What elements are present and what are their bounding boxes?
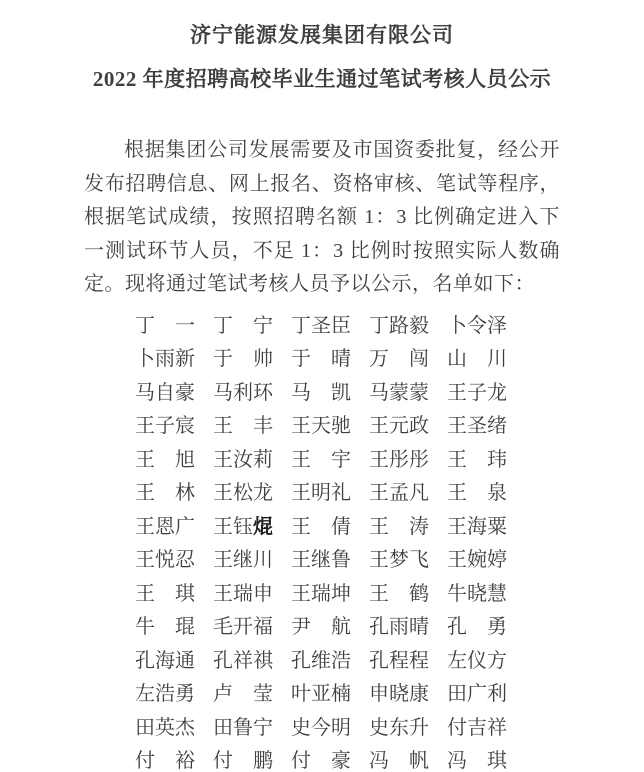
name-row: 孔海通孔祥祺孔维浩孔程程左仪方: [135, 642, 644, 676]
name-cell: 付吉祥: [447, 711, 507, 740]
name-cell: 王倩: [291, 510, 351, 539]
notice-document: 济宁能源发展集团有限公司 2022 年度招聘高校毕业生通过笔试考核人员公示 根据…: [0, 0, 644, 772]
name-cell: 马蒙蒙: [369, 376, 429, 405]
name-cell: 史东升: [369, 711, 429, 740]
name-cell: 王天驰: [291, 409, 351, 438]
name-cell: 左浩勇: [135, 677, 195, 706]
name-cell: 王汝莉: [213, 443, 273, 472]
document-title: 济宁能源发展集团有限公司: [0, 0, 644, 49]
name-cell: 史今明: [291, 711, 351, 740]
name-cell: 王明礼: [291, 476, 351, 505]
name-cell: 王林: [135, 476, 195, 505]
name-cell: 王瑞申: [213, 577, 273, 606]
name-cell: 王涛: [369, 510, 429, 539]
name-row: 卜雨新于帅于晴万闯山川: [135, 340, 644, 374]
name-cell: 王彤彤: [369, 443, 429, 472]
name-cell: 卜雨新: [135, 342, 195, 371]
name-cell: 冯帆: [369, 744, 429, 772]
name-cell: 于晴: [291, 342, 351, 371]
name-cell: 丁一: [135, 309, 195, 338]
name-cell: 王宇: [291, 443, 351, 472]
name-cell: 尹航: [291, 610, 351, 639]
name-cell: 孔祥祺: [213, 644, 273, 673]
name-cell: 王琪: [135, 577, 195, 606]
name-cell: 付裕: [135, 744, 195, 772]
name-row: 王子宸王丰王天驰王元政王圣绪: [135, 407, 644, 441]
name-cell: 丁宁: [213, 309, 273, 338]
name-cell: 王子宸: [135, 409, 195, 438]
name-cell: 王泉: [447, 476, 507, 505]
name-cell: 王海粟: [447, 510, 507, 539]
name-cell: 王瑞坤: [291, 577, 351, 606]
name-cell: 王玮: [447, 443, 507, 472]
name-row: 王琪王瑞申王瑞坤王鹤牛晓慧: [135, 575, 644, 609]
name-cell: 王恩广: [135, 510, 195, 539]
name-cell: 田鲁宁: [213, 711, 273, 740]
name-cell: 孔勇: [447, 610, 507, 639]
name-cell: 孔雨晴: [369, 610, 429, 639]
name-cell: 王子龙: [447, 376, 507, 405]
name-cell: 王松龙: [213, 476, 273, 505]
name-cell: 万闯: [369, 342, 429, 371]
name-cell: 卢莹: [213, 677, 273, 706]
name-cell: 王继鲁: [291, 543, 351, 572]
name-cell: 王旭: [135, 443, 195, 472]
name-row: 左浩勇卢莹叶亚楠申晓康田广利: [135, 675, 644, 709]
document-subtitle: 2022 年度招聘高校毕业生通过笔试考核人员公示: [0, 63, 644, 93]
name-row: 王恩广王钰焜王倩王涛王海粟: [135, 508, 644, 542]
notice-paragraph: 根据集团公司发展需要及市国资委批复，经公开发布招聘信息、网上报名、资格审核、笔试…: [84, 134, 560, 302]
name-cell: 王婉婷: [447, 543, 507, 572]
name-cell: 王丰: [213, 409, 273, 438]
name-cell: 孔维浩: [291, 644, 351, 673]
name-cell: 叶亚楠: [291, 677, 351, 706]
name-row: 王旭王汝莉王宇王彤彤王玮: [135, 441, 644, 475]
name-cell: 田广利: [447, 677, 507, 706]
name-cell: 冯琪: [447, 744, 507, 772]
name-cell: 王鹤: [369, 577, 429, 606]
name-cell: 牛琨: [135, 610, 195, 639]
name-cell: 马利环: [213, 376, 273, 405]
name-cell: 孔海通: [135, 644, 195, 673]
name-cell: 卜令泽: [447, 309, 507, 338]
name-row: 王悦忍王继川王继鲁王梦飞王婉婷: [135, 541, 644, 575]
name-cell: 付豪: [291, 744, 351, 772]
name-cell: 左仪方: [447, 644, 507, 673]
name-cell: 王悦忍: [135, 543, 195, 572]
name-cell: 王孟凡: [369, 476, 429, 505]
name-cell: 王钰焜: [213, 510, 273, 539]
name-row: 付裕付鹏付豪冯帆冯琪: [135, 742, 644, 772]
name-cell: 王梦飞: [369, 543, 429, 572]
name-row: 丁一丁宁丁圣臣丁路毅卜令泽: [135, 307, 644, 341]
name-cell: 王圣绪: [447, 409, 507, 438]
name-cell: 付鹏: [213, 744, 273, 772]
name-row: 王林王松龙王明礼王孟凡王泉: [135, 474, 644, 508]
name-row: 马自豪马利环马凯马蒙蒙王子龙: [135, 374, 644, 408]
name-cell: 王继川: [213, 543, 273, 572]
name-cell: 申晓康: [369, 677, 429, 706]
name-row: 牛琨毛开福尹航孔雨晴孔勇: [135, 608, 644, 642]
name-cell: 山川: [447, 342, 507, 371]
name-cell: 丁圣臣: [291, 309, 351, 338]
name-cell: 丁路毅: [369, 309, 429, 338]
name-cell: 牛晓慧: [447, 577, 507, 606]
name-cell: 田英杰: [135, 711, 195, 740]
name-cell: 王元政: [369, 409, 429, 438]
name-cell: 于帅: [213, 342, 273, 371]
name-cell: 毛开福: [213, 610, 273, 639]
names-grid: 丁一丁宁丁圣臣丁路毅卜令泽卜雨新于帅于晴万闯山川马自豪马利环马凯马蒙蒙王子龙王子…: [135, 307, 644, 772]
name-cell: 马自豪: [135, 376, 195, 405]
name-cell: 马凯: [291, 376, 351, 405]
name-cell: 孔程程: [369, 644, 429, 673]
name-row: 田英杰田鲁宁史今明史东升付吉祥: [135, 709, 644, 743]
